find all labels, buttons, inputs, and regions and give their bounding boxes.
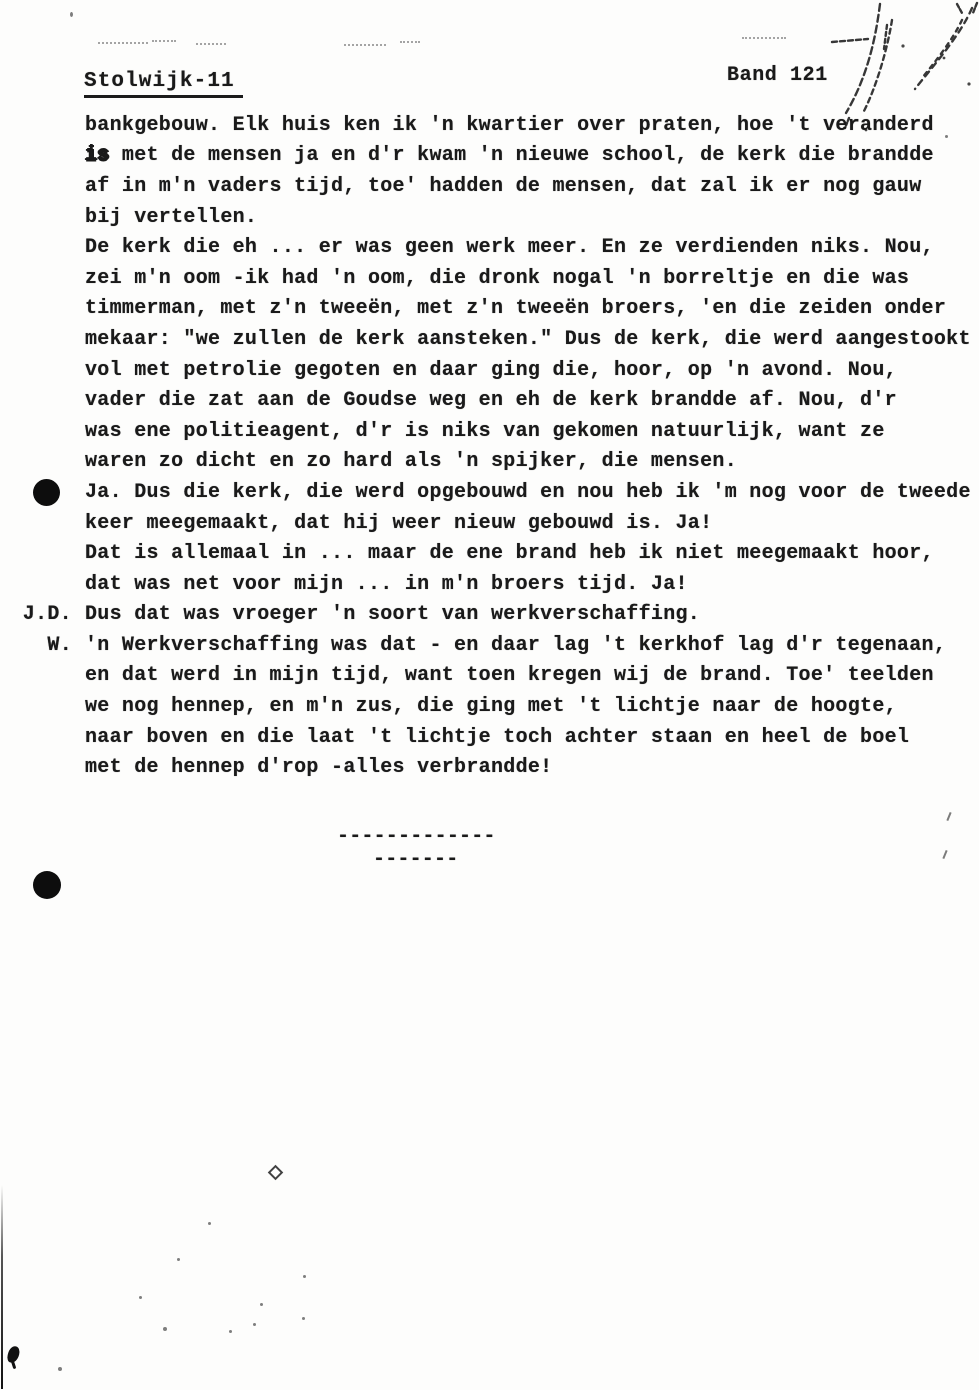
scan-speck	[70, 12, 73, 17]
transcript-line: we nog hennep, en m'n zus, die ging met …	[0, 691, 979, 722]
scan-speck	[253, 1323, 256, 1326]
scan-speck	[58, 1367, 62, 1371]
line-text: met de mensen ja en d'r kwam 'n nieuwe s…	[110, 144, 934, 167]
line-text: keer meegemaakt, dat hij weer nieuw gebo…	[85, 512, 712, 535]
transcript-line: bankgebouw. Elk huis ken ik 'n kwartier …	[0, 110, 979, 141]
scan-pen-tick	[946, 812, 951, 821]
line-text: vader die zat aan de Goudse weg en eh de…	[85, 389, 897, 412]
scan-noise	[344, 44, 386, 46]
transcript-line: J.D.Dus dat was vroeger 'n soort van wer…	[0, 600, 979, 631]
transcript-line: De kerk die eh ... er was geen werk meer…	[0, 232, 979, 263]
scan-speck	[208, 1222, 211, 1225]
separator-dashes-long: -------------	[337, 826, 496, 848]
line-text: vol met petrolie gegoten en daar ging di…	[85, 359, 897, 382]
line-text: we nog hennep, en m'n zus, die ging met …	[85, 695, 897, 718]
margin-cell	[0, 479, 85, 506]
speaker-label: J.D.	[0, 603, 85, 626]
scan-noise	[98, 42, 148, 44]
scan-edge-line	[1, 1185, 3, 1389]
line-text: Dus dat was vroeger 'n soort van werkver…	[85, 603, 700, 626]
separator-dashes-short: -------	[373, 849, 458, 871]
transcript-line: met de hennep d'rop -alles verbrandde!	[0, 752, 979, 783]
ink-dot	[33, 871, 61, 899]
transcript-line: was ene politieagent, d'r is niks van ge…	[0, 416, 979, 447]
line-text: met de hennep d'rop -alles verbrandde!	[85, 756, 552, 779]
transcript-line: is met de mensen ja en d'r kwam 'n nieuw…	[0, 141, 979, 172]
line-text: 'n Werkverschaffing was dat - en daar la…	[85, 634, 946, 657]
transcript-line: mekaar: "we zullen de kerk aansteken." D…	[0, 324, 979, 355]
line-text: bij vertellen.	[85, 206, 257, 229]
line-text: dat was net voor mijn ... in m'n broers …	[85, 573, 688, 596]
line-text: waren zo dicht en zo hard als 'n spijker…	[85, 450, 737, 473]
band-number: Band 121	[727, 64, 828, 87]
line-text: De kerk die eh ... er was geen werk meer…	[85, 236, 934, 259]
line-text: en dat werd in mijn tijd, want toen kreg…	[85, 664, 934, 687]
transcript-line: timmerman, met z'n tweeën, met z'n tweeë…	[0, 294, 979, 325]
line-text: naar boven en die laat 't lichtje toch a…	[85, 726, 909, 749]
transcript-line: en dat werd in mijn tijd, want toen kreg…	[0, 661, 979, 692]
scan-noise	[196, 43, 226, 45]
overstruck-word: is	[85, 144, 110, 167]
scan-speck	[139, 1296, 142, 1299]
line-text: Dat is allemaal in ... maar de ene brand…	[85, 542, 934, 565]
line-text: bankgebouw. Elk huis ken ik 'n kwartier …	[85, 114, 934, 137]
transcript-line: naar boven en die laat 't lichtje toch a…	[0, 722, 979, 753]
transcript: bankgebouw. Elk huis ken ik 'n kwartier …	[0, 110, 979, 783]
scan-speck	[177, 1258, 180, 1261]
line-text: af in m'n vaders tijd, toe' hadden de me…	[85, 175, 922, 198]
scan-speck	[229, 1330, 232, 1333]
transcript-line: keer meegemaakt, dat hij weer nieuw gebo…	[0, 508, 979, 539]
transcript-line: Dat is allemaal in ... maar de ene brand…	[0, 538, 979, 569]
scan-noise	[742, 37, 786, 39]
transcript-line: dat was net voor mijn ... in m'n broers …	[0, 569, 979, 600]
transcript-line: bij vertellen.	[0, 202, 979, 233]
line-text: was ene politieagent, d'r is niks van ge…	[85, 420, 885, 443]
scan-noise	[400, 41, 420, 43]
line-text: timmerman, met z'n tweeën, met z'n tweeë…	[85, 297, 946, 320]
margin-bullet-dot	[33, 479, 60, 506]
document-page: Stolwijk-11 Band 121 bankgebouw. Elk hui…	[0, 0, 979, 1390]
line-text: mekaar: "we zullen de kerk aansteken." D…	[85, 328, 971, 351]
scan-mark-diamond	[268, 1165, 284, 1181]
transcript-line: W.'n Werkverschaffing was dat - en daar …	[0, 630, 979, 661]
line-text: zei m'n oom -ik had 'n oom, die dronk no…	[85, 267, 909, 290]
line-text: Ja. Dus die kerk, die werd opgebouwd en …	[85, 481, 971, 504]
scan-pen-tick	[942, 850, 947, 859]
scan-speck	[302, 1317, 305, 1320]
transcript-line: zei m'n oom -ik had 'n oom, die dronk no…	[0, 263, 979, 294]
page-title: Stolwijk-11	[84, 70, 243, 98]
scan-noise	[152, 40, 176, 42]
transcript-line: Ja. Dus die kerk, die werd opgebouwd en …	[0, 477, 979, 508]
speaker-label: W.	[0, 634, 85, 657]
scan-speck	[260, 1303, 263, 1306]
scan-speck	[163, 1327, 167, 1331]
transcript-line: af in m'n vaders tijd, toe' hadden de me…	[0, 171, 979, 202]
transcript-line: waren zo dicht en zo hard als 'n spijker…	[0, 447, 979, 478]
transcript-line: vol met petrolie gegoten en daar ging di…	[0, 355, 979, 386]
scan-speck	[303, 1275, 306, 1278]
transcript-line: vader die zat aan de Goudse weg en eh de…	[0, 385, 979, 416]
scan-speck	[945, 135, 948, 138]
